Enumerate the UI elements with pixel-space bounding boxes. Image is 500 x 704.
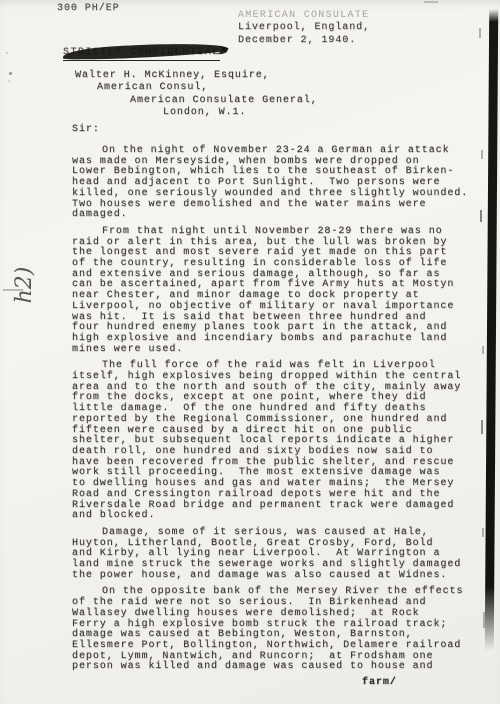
scan-artifact (482, 346, 484, 354)
letterhead-place: Liverpool, England, (238, 22, 370, 34)
recipient-address: Walter H. McKinney, Esquire, American Co… (75, 70, 318, 120)
letter-page: 300 PH/EP AMERICAN CONSULATE Liverpool, … (0, 0, 500, 704)
recipient-city: London, W.1. (163, 107, 318, 119)
letterhead: AMERICAN CONSULATE Liverpool, England, D… (238, 10, 370, 47)
paragraph-2: From that night until November 28-29 the… (72, 227, 468, 355)
classification-stamp: STRICTLY CONFIDENTIAL (63, 47, 220, 61)
scan-artifact (483, 612, 485, 628)
catchword: farm/ (362, 677, 397, 688)
scan-artifact (481, 420, 483, 434)
scan-artifact (482, 528, 484, 537)
scan-edge-band (485, 9, 498, 651)
paragraph-3: The full force of the raid was felt in L… (72, 361, 468, 522)
recipient-office: American Consulate General, (130, 95, 318, 107)
paper-speck (9, 72, 12, 75)
paragraph-4: Damage, some of it serious, was caused a… (72, 528, 468, 582)
salutation: Sir: (72, 124, 100, 135)
recipient-name: Walter H. McKinney, Esquire, (75, 70, 318, 82)
letterhead-date: December 2, 1940. (238, 35, 370, 47)
paragraph-5: On the opposite bank of the Mersey River… (72, 587, 468, 673)
letterhead-office: AMERICAN CONSULATE (238, 10, 370, 22)
paper-speck (8, 80, 10, 82)
scan-artifact (479, 28, 481, 38)
pencil-mark (3, 289, 23, 291)
recipient-title: American Consul, (97, 82, 318, 94)
letter-body: On the night of November 23-24 a German … (72, 146, 468, 679)
scan-artifact (481, 150, 483, 159)
handwritten-margin-note: h2) (12, 244, 42, 326)
scan-artifact (424, 1, 438, 3)
file-reference: 300 PH/EP (57, 3, 120, 14)
scan-artifact (480, 210, 482, 222)
classification-text: STRICTLY CONFIDENTIAL (63, 47, 220, 61)
paper-speck (6, 52, 8, 54)
paragraph-1: On the night of November 23-24 a German … (72, 146, 468, 221)
